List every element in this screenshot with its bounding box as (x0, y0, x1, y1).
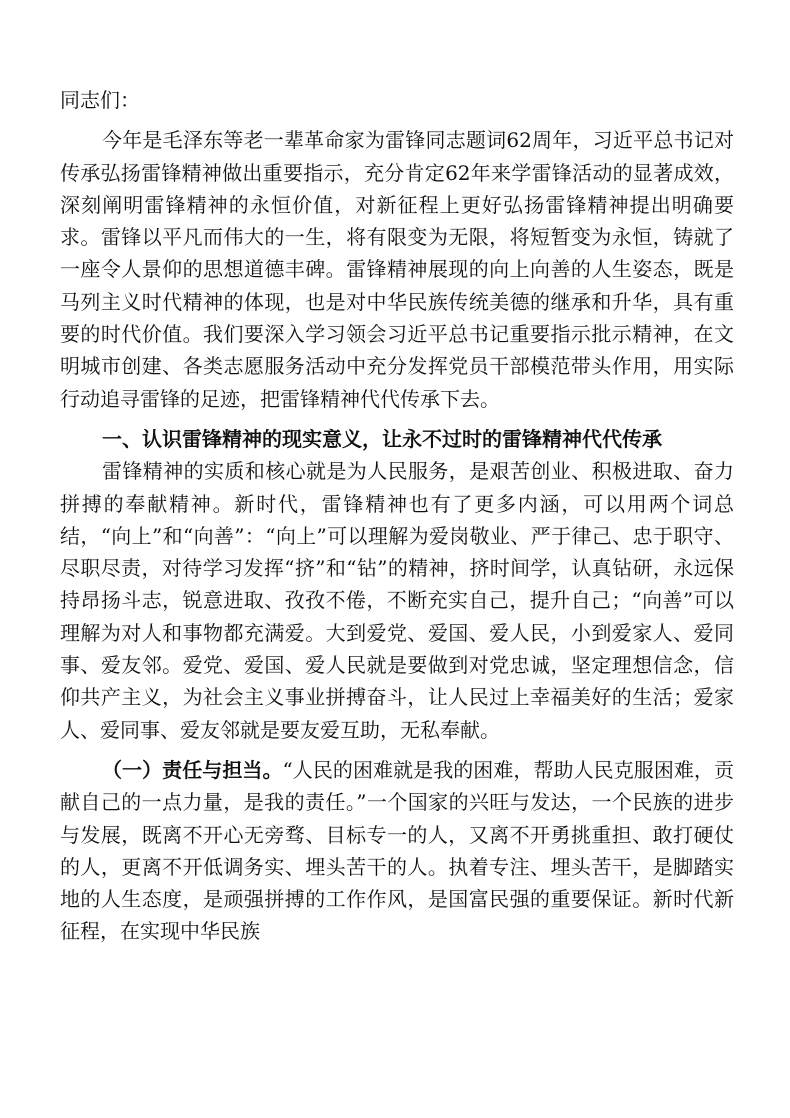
subsection-paragraph: （一）责任与担当。“人民的困难就是我的困难，帮助人民克服困难，贡献自己的一点力量… (60, 754, 734, 948)
section-paragraph: 雷锋精神的实质和核心就是为人民服务，是艰苦创业、积极进取、奋力拼搏的奉献精神。新… (60, 455, 734, 746)
subsection-lead: （一）责任与担当。 (102, 758, 283, 782)
section-heading: 一、认识雷锋精神的现实意义，让永不过时的雷锋精神代代传承 (60, 423, 734, 455)
intro-paragraph: 今年是毛泽东等老一辈革命家为雷锋同志题词62周年，习近平总书记对传承弘扬雷锋精神… (60, 124, 734, 415)
document-page: 同志们： 今年是毛泽东等老一辈革命家为雷锋同志题词62周年，习近平总书记对传承弘… (60, 84, 734, 948)
salutation: 同志们： (60, 84, 734, 116)
subsection-text: “人民的困难就是我的困难，帮助人民克服困难，贡献自己的一点力量，是我的责任。”一… (60, 758, 734, 943)
